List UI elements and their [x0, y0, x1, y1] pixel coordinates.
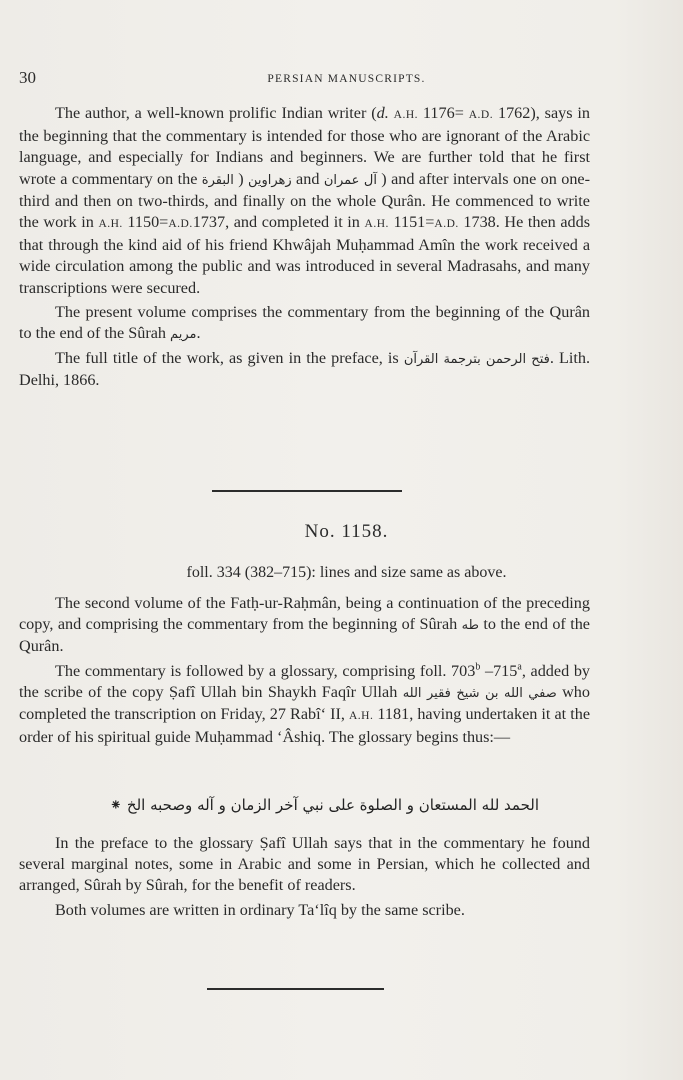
arabic-zahrawain: زهراوين — [248, 173, 292, 188]
paragraph-preface-glossary: In the preface to the glossary Ṣafî Ulla… — [19, 833, 590, 897]
entry-1158-continued: In the preface to the glossary Ṣafî Ulla… — [19, 833, 590, 921]
paragraph-glossary: The commentary is followed by a glossary… — [19, 661, 590, 749]
paragraph-both-volumes: Both volumes are written in ordinary Ta‘… — [19, 900, 590, 921]
entry-number: No. 1158. — [0, 521, 683, 543]
arabic-scribe-name: صفي الله بن شيخ فقير الله — [403, 686, 557, 701]
arabic-work-title: فتح الرحمن بترجمة القرآن — [404, 352, 550, 367]
arabic-al-imran: آل عمران — [324, 173, 377, 188]
folio-description: foll. 334 (382–715): lines and size same… — [0, 564, 683, 582]
entry-1158-description: The second volume of the Fatḥ-ur-Raḥmân,… — [19, 593, 590, 748]
arabic-taha: طه — [462, 618, 479, 633]
section-divider — [212, 490, 402, 492]
paragraph-present-volume: The present volume comprises the comment… — [19, 302, 590, 345]
paragraph-second-volume: The second volume of the Fatḥ-ur-Raḥmân,… — [19, 593, 590, 658]
arabic-baqarah: البقرة — [202, 173, 234, 188]
end-divider — [207, 988, 384, 990]
arabic-glossary-incipit: الحمد لله المستعان و الصلوة على نبي آخر … — [19, 796, 539, 814]
entry-1157-description: The author, a well-known prolific Indian… — [19, 103, 590, 392]
scanned-page: 30 PERSIAN MANUSCRIPTS. The author, a we… — [0, 0, 683, 1080]
running-head: PERSIAN MANUSCRIPTS. — [0, 73, 683, 85]
arabic-maryam: مريم — [170, 327, 196, 342]
paragraph-author: The author, a well-known prolific Indian… — [19, 103, 590, 299]
paragraph-full-title: The full title of the work, as given in … — [19, 348, 590, 391]
